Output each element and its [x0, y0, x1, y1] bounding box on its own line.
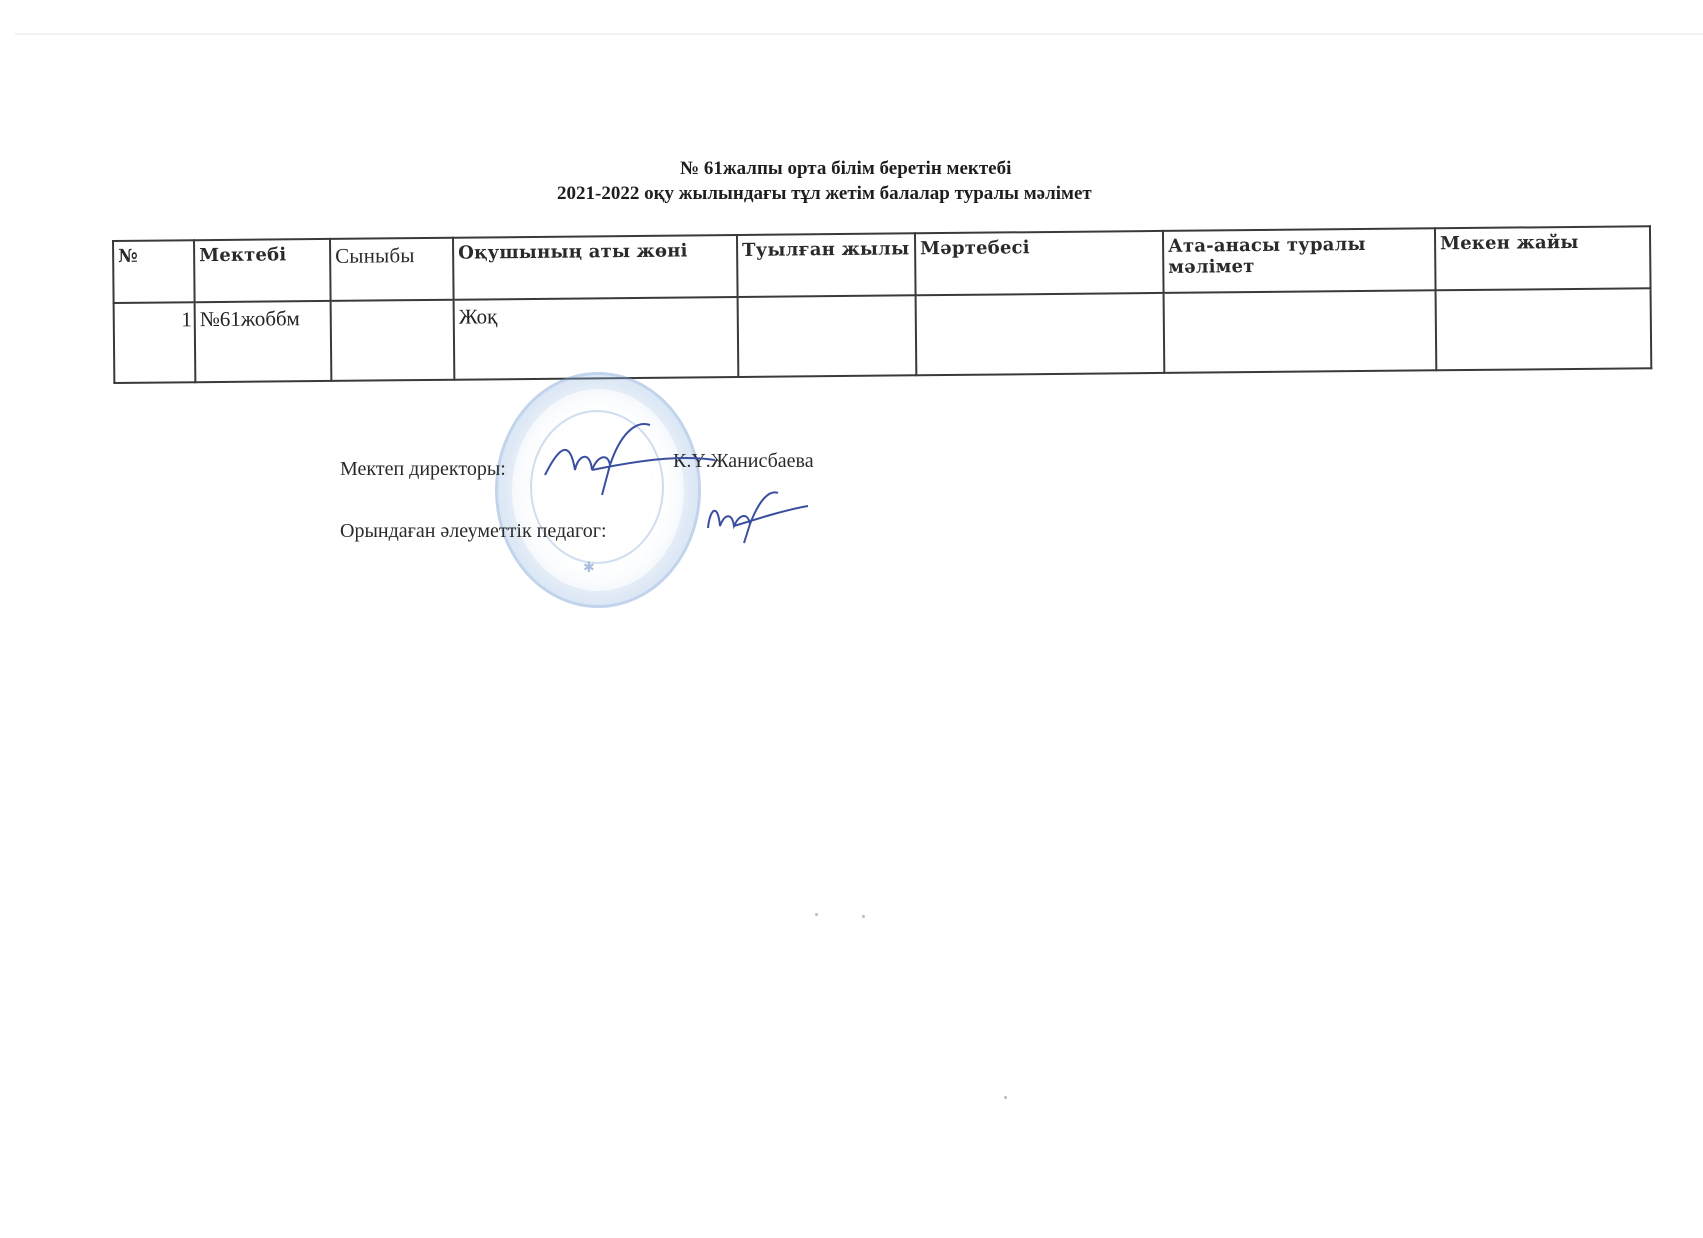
- header-parents-info: Ата-анасы туралы мәлімет: [1163, 228, 1436, 293]
- header-birth-year: Туылған жылы: [737, 233, 916, 297]
- cell-birth-year: [738, 295, 917, 377]
- header-status: Мәртебесі: [915, 231, 1164, 295]
- scan-edge-line: [15, 33, 1703, 35]
- document-title-school: № 61жалпы орта білім беретін мектебі: [680, 158, 1011, 180]
- document-title-report: 2021-2022 оқу жылындағы тұл жетім балала…: [557, 183, 1092, 205]
- scan-speck: [815, 913, 818, 916]
- cell-student-name: Жоқ: [454, 297, 739, 380]
- cell-parents-info: [1164, 290, 1437, 373]
- cell-class: [331, 300, 455, 381]
- cell-school: №61жоббм: [195, 301, 332, 382]
- header-number: №: [113, 240, 195, 303]
- header-student-name: Оқушының аты жөні: [453, 235, 738, 300]
- stamp-star-icon: ✱: [583, 560, 595, 577]
- header-class: Сыныбы: [330, 238, 454, 301]
- director-label: Мектеп директоры:: [340, 458, 506, 481]
- cell-number: 1: [114, 302, 196, 383]
- table-row: 1 №61жоббм Жоқ: [114, 288, 1652, 383]
- orphans-table: № Мектебі Сыныбы Оқушының аты жөні Туылғ…: [112, 226, 1570, 384]
- scan-speck: [1004, 1096, 1007, 1099]
- header-school: Мектебі: [194, 239, 331, 302]
- executor-label: Орындаған әлеуметтік педагог:: [340, 520, 607, 543]
- header-address: Мекен жайы: [1435, 226, 1651, 290]
- executor-signature-icon: [700, 488, 810, 548]
- cell-address: [1436, 288, 1652, 370]
- director-signature-icon: [540, 415, 720, 505]
- scan-speck: [862, 915, 865, 918]
- cell-status: [916, 293, 1165, 375]
